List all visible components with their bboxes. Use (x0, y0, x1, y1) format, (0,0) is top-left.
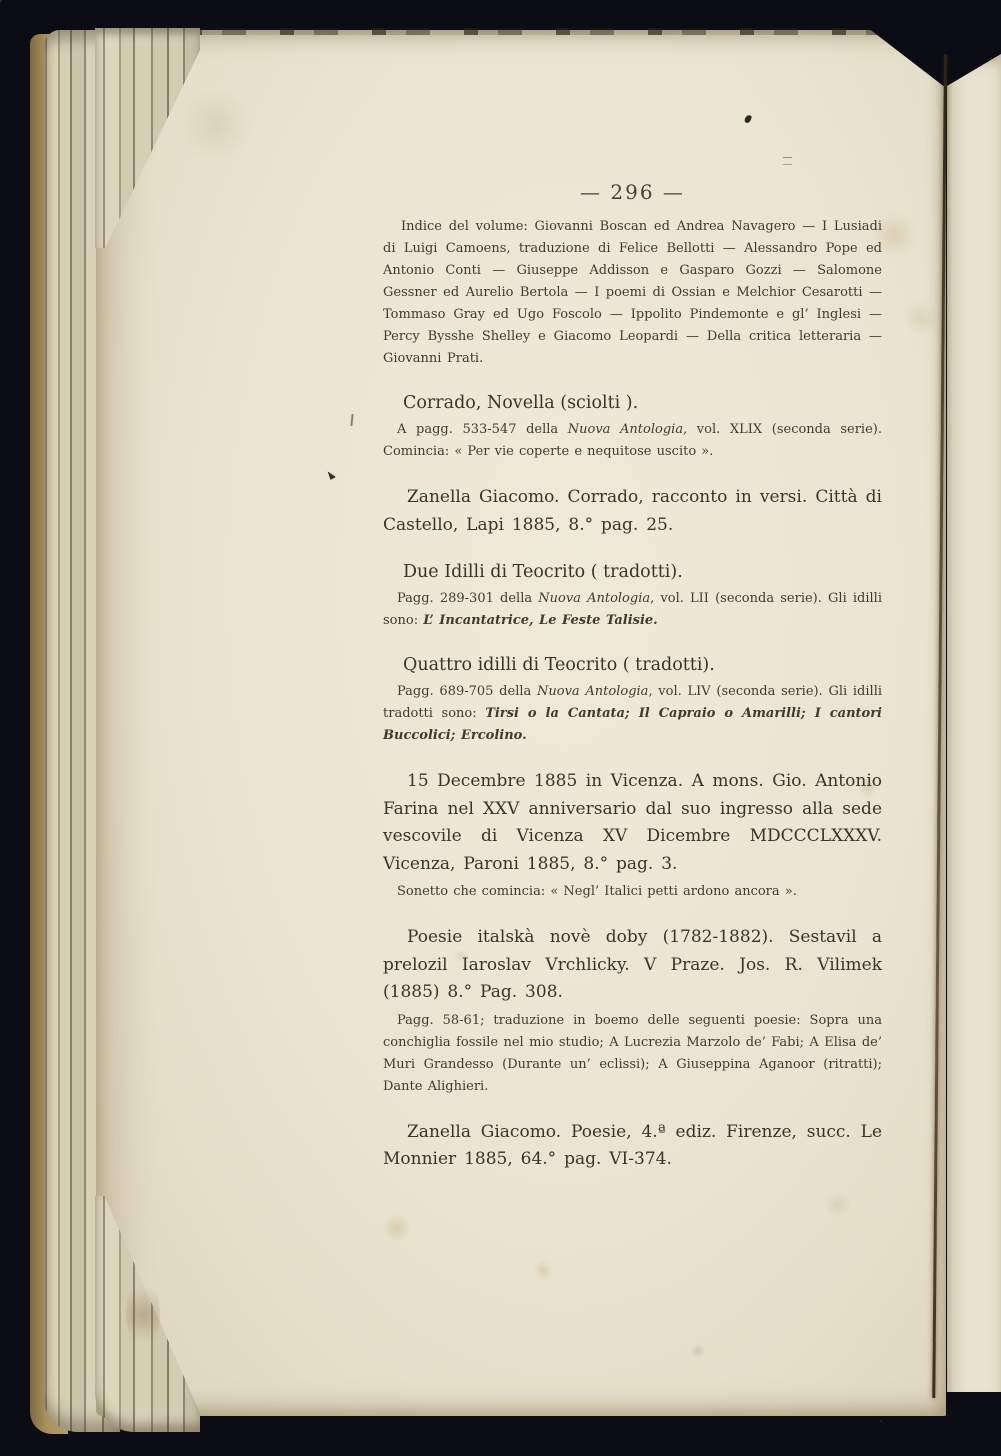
page-number: — 296 — (383, 180, 882, 206)
next-page-edge (947, 54, 1001, 1392)
page-content: — 296 — Indice del volume: Giovanni Bosc… (383, 180, 882, 1174)
heading-corrado-novella: Corrado, Novella (sciolti ). (383, 390, 882, 416)
text-sections: Indice del volume: Giovanni Boscan ed An… (383, 216, 882, 1174)
note-due-idilli: Pagg. 289-301 della Nuova Antologia, vol… (383, 588, 882, 632)
volume-index-paragraph: Indice del volume: Giovanni Boscan ed An… (383, 216, 882, 370)
entry-poesie-4-ediz: Zanella Giacomo. Poesie, 4.ª ediz. Firen… (383, 1119, 882, 1174)
entry-corrado-racconto: Zanella Giacomo. Corrado, racconto in ve… (383, 484, 882, 539)
page-torn-top-edge (96, 28, 946, 35)
entry-poesie-italska: Poesie italskà novè doby (1782-1882). Se… (383, 924, 882, 1007)
note-sonetto: Sonetto che comincia: « Negl’ Italici pe… (383, 881, 882, 903)
scan-background: — 296 — Indice del volume: Giovanni Bosc… (0, 0, 1001, 1456)
entry-15-decembre: 15 Decembre 1885 in Vicenza. A mons. Gio… (383, 768, 882, 878)
heading-quattro-idilli: Quattro idilli di Teocrito ( tradotti). (383, 652, 882, 678)
scanner-dust (0, 0, 2, 2)
note-poesie-italska: Pagg. 58-61; traduzione in boemo delle s… (383, 1010, 882, 1098)
heading-due-idilli: Due Idilli di Teocrito ( tradotti). (383, 559, 882, 585)
note-corrado-novella: A pagg. 533-547 della Nuova Antologia, v… (383, 419, 882, 463)
note-quattro-idilli: Pagg. 689-705 della Nuova Antologia, vol… (383, 681, 882, 747)
